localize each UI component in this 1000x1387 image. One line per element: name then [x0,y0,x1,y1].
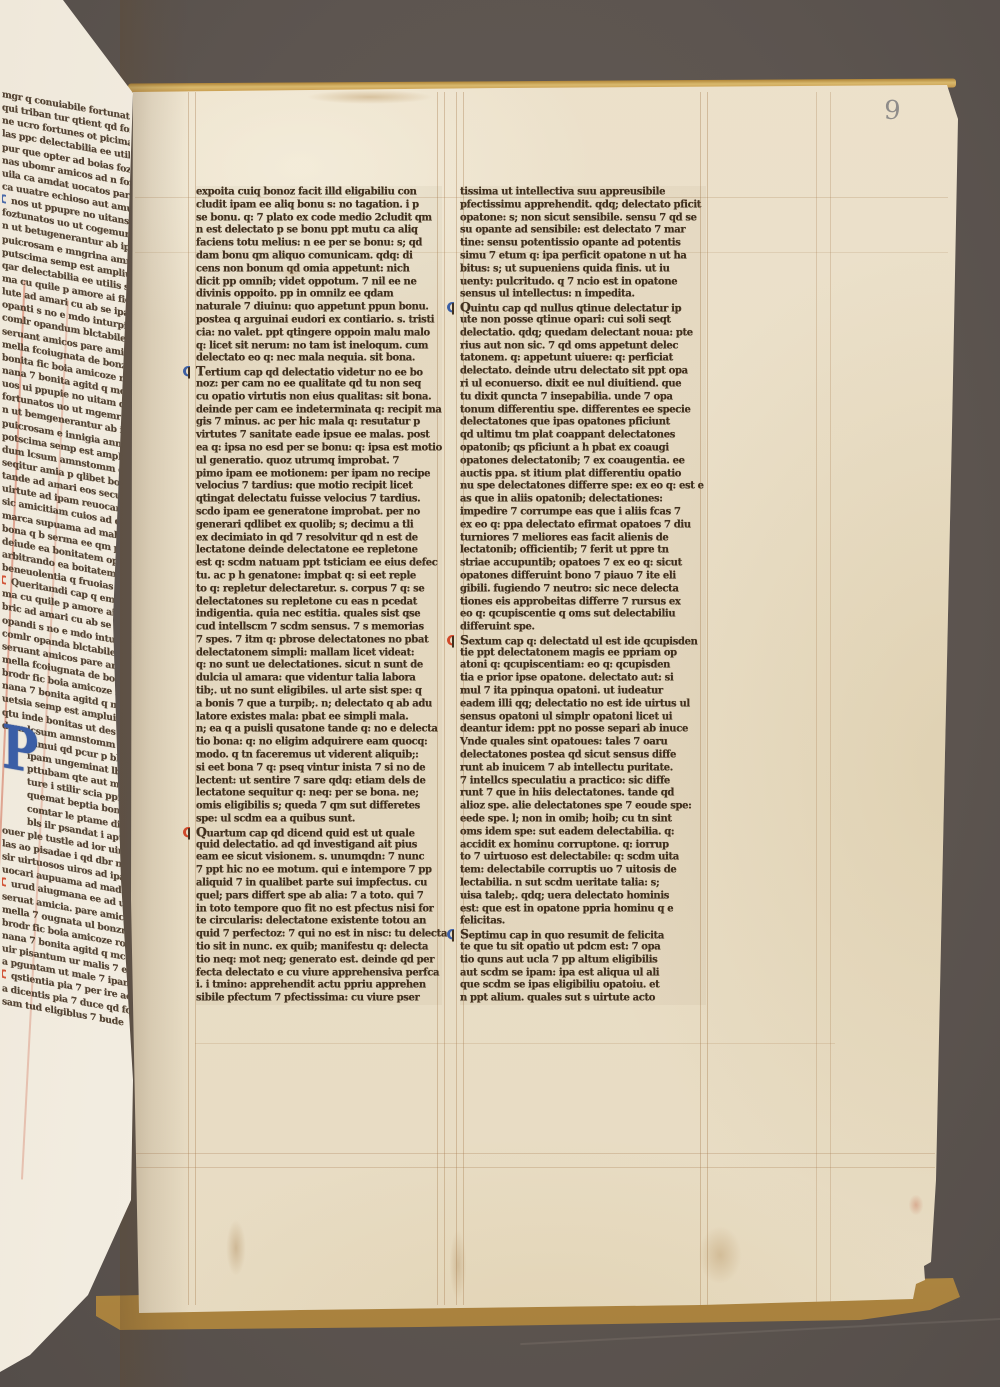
text-line: alioz spe. alie delectatones spe 7 eoude… [460,800,706,813]
text-line: Tertium cap qd delectatio videtur no ee … [196,365,442,378]
text-line: n; ea q a puisli qusatone tande q: no e … [196,723,442,736]
text-line: ea q: ipsa no esd per se bonu: q: ipsa e… [196,442,442,455]
text-line: to 7 uirtuoso est delectabile: q: scdm u… [460,851,706,864]
text-line: runt ab inuicem 7 ab intellectu puritate… [460,762,706,775]
text-line: eo q: qcupiscentie q oms sut delectabili… [460,608,706,621]
text-line: lectatone deinde delectatone ee repleton… [196,544,442,557]
text-line: sibile pfectum 7 pfectissima: cu viure p… [196,992,442,1005]
text-line: Quartum cap qd dicend quid est ut quale [196,826,442,839]
text-line: 7 spes. 7 itm q: pbrose delectatones no … [196,634,442,647]
text-line: tib;. ut no sunt eligibiles. ul arte sis… [196,685,442,698]
text-line: eam ee sicut visionem. s. unumqdn: 7 nun… [196,851,442,864]
photo-backdrop: expoita cuiq bonoz facit illd eligabiliu… [0,0,1000,1387]
text-line: fecta delectato e cu viure apprehensiva … [196,967,442,980]
text-line: tu dixit quncta 7 insepabilia. unde 7 op… [460,391,706,404]
text-line: Quintu cap qd nullus qtinue delectatur i… [460,301,706,314]
text-line: tissima ut intellectiva suu appreusibile [460,186,706,199]
text-line: tine: sensu potentissio opante ad potent… [460,237,706,250]
ruling-line-vertical [456,92,457,1305]
folio-number: 9 [883,96,901,127]
ruling-line-vertical [816,92,817,1305]
text-line: ute non posse qtinue opari: cui soli seq… [460,314,706,327]
capitulum-mark [447,929,454,939]
text-line: striae accupuntib; opatoes 7 ex eo q: si… [460,557,706,570]
text-line: as que in aliis opatonib; delectationes: [460,493,706,506]
text-line: simu 7 etum q: ipa perficit opatone n ut… [460,250,706,263]
text-line: delectatonem simpli: mallam licet videat… [196,647,442,660]
text-line: Vnde quales sint opatoues: tales 7 oaru [460,736,706,749]
capitulum-mark [2,877,6,887]
illuminated-initial-P: P [2,722,38,778]
text-line: divinis oppoito. pp in omnilz ee qdam [196,288,442,301]
ruling-line-horizontal [135,1153,935,1154]
initial-letter: S [460,632,469,648]
text-line: accidit ex hominu corruptone. q: iorrup [460,839,706,852]
text-column-right: tissima ut intellectiva suu appreusibile… [460,186,706,1005]
text-line: virtutes 7 sanitate eade ipsue ee malas.… [196,429,442,442]
initial-letter: T [196,363,205,379]
capitulum-mark [2,194,6,204]
text-line: lectatone sequitur q: neq: per se bona. … [196,787,442,800]
text-line: que scdm se ipas eligibiliu opatoiu. et [460,979,706,992]
capitulum-mark [447,302,454,312]
text-line: in toto tempore quo fit no est pfectus n… [196,903,442,916]
text-line: rius aut non sic. 7 qd oms appetunt dele… [460,340,706,353]
text-line: tatonem. q: appetunt uiuere: q: perficia… [460,352,706,365]
text-line: modo. q tn faceremus ut viderent aliquib… [196,749,442,762]
initial-letter: Q [460,299,471,315]
text-line: runt 7 que in hiis delectatones. tande q… [460,787,706,800]
text-line: opatonib; qs pficiunt a h pbat ex coaugi [460,442,706,455]
text-line: nu spe delectatones differre spe: ex eo … [460,480,706,493]
text-line: turniores 7 meliores eas facit alienis d… [460,532,706,545]
text-line: indigentia. quia nec estitia. quales sis… [196,608,442,621]
text-line: delectato. deinde utru delectato sit ppt… [460,365,706,378]
text-line: opatones delectatonib; 7 ex coaugentia. … [460,455,706,468]
text-line: deinde per cam ee indeterminata q: recip… [196,404,442,417]
text-line: cud intellscm 7 scdm sensus. 7 s memoria… [196,621,442,634]
text-line: eede spe. l; non in omib; hoib; cu tn si… [460,813,706,826]
text-line: aliquid 7 in qualibet parte sui impfectu… [196,877,442,890]
text-line: opatone: s; non sicut sensibile. sensu 7… [460,212,706,225]
text-line: spe: ul scdm ea a quibus sunt. [196,813,442,826]
text-line: su opante ad sensibile: est delectato 7 … [460,224,706,237]
text-line: dicit pp omnib; videt oppotum. 7 nil ee … [196,276,442,289]
text-line: opatones differuint bono 7 piauo 7 ite e… [460,570,706,583]
text-line: delectato eo q: nec mala nequia. sit bon… [196,352,442,365]
text-line: delectatones que ipas opatones pficiunt [460,416,706,429]
initial-letter: S [460,926,469,942]
ruling-line-horizontal [195,1043,835,1044]
text-line: quid delectatio. ad qd investigand ait p… [196,839,442,852]
text-line: cu opatio virtutis non eius qualitas: si… [196,391,442,404]
text-line: lectent: ut sentire 7 sare qdq: etiam de… [196,775,442,788]
text-line: est q: scdm natuam ppt tsticiam ee eius … [196,557,442,570]
capitulum-mark [2,575,6,585]
text-line: naturale 7 diuinu: quo appetunt ppun bon… [196,301,442,314]
text-line: cludit ipam ee aliq bonu s: no tagation.… [196,199,442,212]
text-line: impedire 7 corrumpe eas que i aliis fcas… [460,506,706,519]
text-line: tio sit in nunc. ex quib; manifestu q: d… [196,941,442,954]
text-line: tia e prior ipse opatone. delectato aut:… [460,672,706,685]
text-line: Sextum cap q: delectatd ul est ide qcupi… [460,634,706,647]
text-line: qtingat delectatu fuisse velocius 7 tard… [196,493,442,506]
ruling-line-horizontal [135,1167,935,1168]
text-line: velocius 7 tardius: que motio recipit li… [196,480,442,493]
text-line: te que tu sit opatio ut pdcm est: 7 opa [460,941,706,954]
text-line: n ppt alium. quales sut s uirtute acto [460,992,706,1005]
text-line: te circularis: delectatone existente tot… [196,915,442,928]
text-line: tio neq: mot neq; generato est. deinde q… [196,954,442,967]
ruling-line-vertical [707,92,708,1305]
text-line: Septimu cap in quo resumit de felicita [460,928,706,941]
text-line: i. i tmino: apprehendit actu ppriu appre… [196,979,442,992]
text-line: oms idem spe: sut eadem delectabilia. q: [460,826,706,839]
text-line: gis 7 minus. ac per hic mala q: resutatu… [196,416,442,429]
text-line: felicitas. [460,915,706,928]
text-line: atoni q: qcupiscentiam: eo q: qcupisden [460,659,706,672]
text-line: omis eligibilis s; queda 7 qm sut differ… [196,800,442,813]
text-line: q: licet sit nerum: no tam ist ineloqum.… [196,340,442,353]
text-line: dam bonu qm aliquo comunicam. qdq: di [196,250,442,263]
text-line: pfectissimu apprehendit. qdq; delectato … [460,199,706,212]
text-line: aut scdm se ipam: ipa est aliqua ul ali [460,967,706,980]
text-line: 7 intellcs speculatiu a practico: sic di… [460,775,706,788]
text-line: gibili. fugiendo 7 neutro: sic nece dele… [460,583,706,596]
text-line: dulcia ul amara: que videntur talia labo… [196,672,442,685]
text-line: ri ul econuerso. dixit ee nul diuitiend.… [460,378,706,391]
text-line: differuint spe. [460,621,706,634]
text-line: delectatio. qdq; quedam delectant noua: … [460,327,706,340]
text-line: tem: delectabile corruptis uo 7 uitosis … [460,864,706,877]
text-line: tio bona: q: no eligim adquirere eam quo… [196,736,442,749]
text-line: a bonis 7 que a turpib;. n; delectato q … [196,698,442,711]
text-line: faciens totu melius: n ee per se bonu: s… [196,237,442,250]
text-line: latore existes mala: pbat ee simpli mala… [196,711,442,724]
text-line: tie ppt delectatonem magis ee ppriam op [460,647,706,660]
text-line: postea q arguinai eudori ex contiario. s… [196,314,442,327]
text-line: generari qdlibet ex quolib; s; decimu a … [196,519,442,532]
capitulum-mark [2,969,6,979]
text-line: cia: no valet. ppt qtingere oppoin malu … [196,327,442,340]
text-line: bitus: s; ut supueniens quida finis. ut … [460,263,706,276]
text-line: sensus ul intellectus: n impedita. [460,288,706,301]
text-line: delectatones su repletone cu eas n pceda… [196,596,442,609]
initial-letter: Q [196,824,207,840]
text-line: scdo ipam ee generatone improbat. per no [196,506,442,519]
text-line: uenty: pulcritudo. q 7 ncio est in opato… [460,276,706,289]
text-line: se bonu. q: 7 plato ex code medio 2cludi… [196,212,442,225]
text-line: sensus opatoni ul simplr opatoni licet u… [460,711,706,724]
text-line: quid 7 perfectoz: 7 qui no est in nisc: … [196,928,442,941]
text-line: auctis ppa. st itium plat differentiu op… [460,468,706,481]
text-line: deantur idem: ppt no posse separi ab inu… [460,723,706,736]
text-line: tiones eis approbeitas differre 7 rursus… [460,596,706,609]
text-line: tio quns aut ucla 7 pp altum eligibilis [460,954,706,967]
text-line: lectabilia. n sut scdm ueritate talia: s… [460,877,706,890]
text-line: quel; pars differt spe ab alia: 7 a toto… [196,890,442,903]
text-line: q: no sunt ue delectationes. sicut n sun… [196,659,442,672]
text-line: pimo ipam ee motionem: per ipam no recip… [196,468,442,481]
text-line: est: que est in opatone ppria hominu q e [460,903,706,916]
text-line: ul generatio. quoz utrumq improbat. 7 [196,455,442,468]
text-line: si eet bona 7 q: pseq vintur inista 7 si… [196,762,442,775]
text-line: ex eo q: ppa delectato efirmat opatoes 7… [460,519,706,532]
text-line: cens non bonum qd omia appetunt: nich [196,263,442,276]
text-line: 7 ppt hic no ee motum. qui e intempore 7… [196,864,442,877]
text-line: tu. ac p h genatone: impbat q: si eet re… [196,570,442,583]
text-line: uisa taleb;. qdq; uera delectato hominis [460,890,706,903]
text-line: delectatones postea qd sicut sensus diff… [460,749,706,762]
text-line: tonum differentiu spe. differentes ee sp… [460,404,706,417]
text-line: lectatonib; officientib; 7 ferit ut ppre… [460,544,706,557]
ruling-line-vertical [830,92,831,1305]
text-line: ex decimiato in qd 7 resolvitur qd n est… [196,532,442,545]
text-column-left: expoita cuiq bonoz facit illd eligabiliu… [196,186,442,1005]
capitulum-mark [447,635,454,645]
text-line: noz: per cam no ee qualitate qd tu non s… [196,378,442,391]
text-line: expoita cuiq bonoz facit illd eligabiliu… [196,186,442,199]
text-line: n est delectato p se bonu ppt mutu ca al… [196,224,442,237]
text-line: to q: repletur delectaretur. s. corpus 7… [196,583,442,596]
text-line: mul 7 ita ppinqua opatoni. ut iudeatur [460,685,706,698]
text-line: qd ultimu tm plat coappant delectatones [460,429,706,442]
ruling-line-vertical [444,92,445,1305]
text-line: eadem illi qq; delectatio no est ide uir… [460,698,706,711]
